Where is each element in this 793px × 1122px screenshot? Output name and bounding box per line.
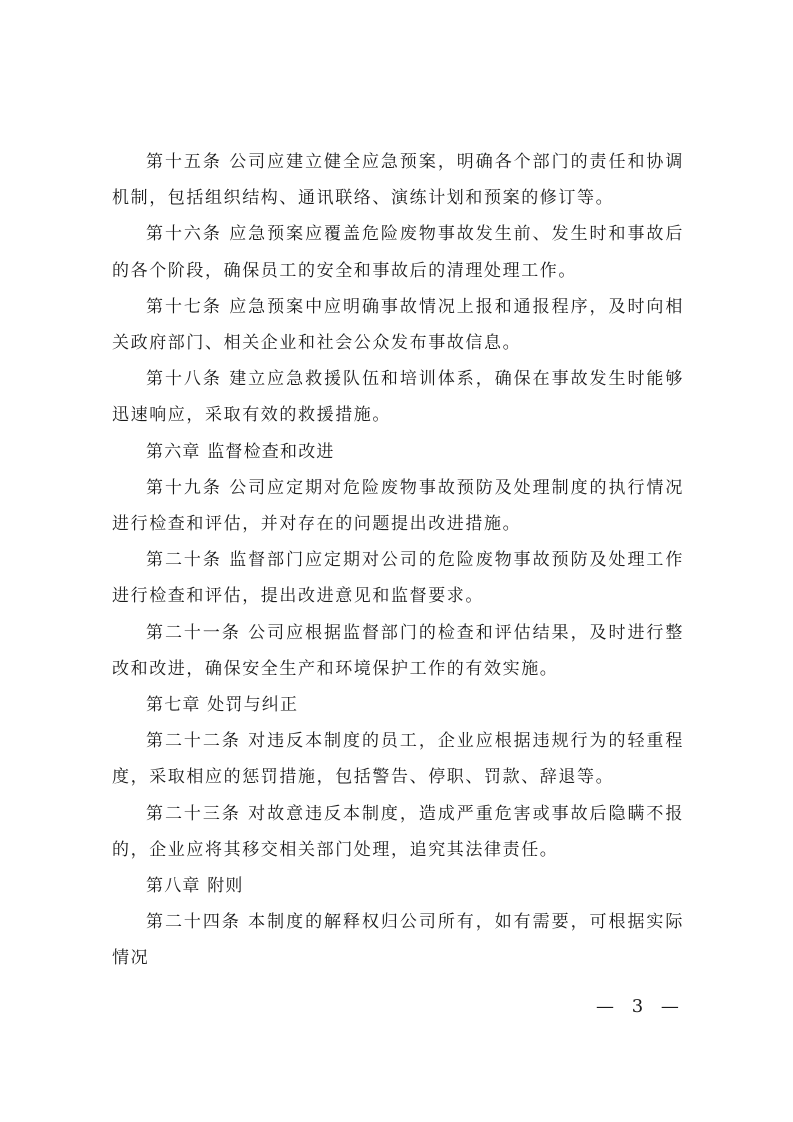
article-24: 第二十四条 本制度的解释权归公司所有，如有需要，可根据实际情况 <box>112 904 684 976</box>
document-body: 第十五条 公司应建立健全应急预案，明确各个部门的责任和协调机制，包括组织结构、通… <box>112 144 684 977</box>
chapter-8-heading: 第八章 附则 <box>112 868 684 904</box>
chapter-6-heading: 第六章 监督检查和改进 <box>112 434 684 470</box>
article-19: 第十九条 公司应定期对危险废物事故预防及处理制度的执行情况进行检查和评估，并对存… <box>112 470 684 542</box>
article-22: 第二十二条 对违反本制度的员工，企业应根据违规行为的轻重程度，采取相应的惩罚措施… <box>112 723 684 795</box>
article-18: 第十八条 建立应急救援队伍和培训体系，确保在事故发生时能够迅速响应，采取有效的救… <box>112 361 684 433</box>
article-23: 第二十三条 对故意违反本制度，造成严重危害或事故后隐瞒不报的，企业应将其移交相关… <box>112 796 684 868</box>
chapter-7-heading: 第七章 处罚与纠正 <box>112 687 684 723</box>
page-number: — 3 — <box>596 996 685 1017</box>
article-17: 第十七条 应急预案中应明确事故情况上报和通报程序，及时向相关政府部门、相关企业和… <box>112 289 684 361</box>
article-15: 第十五条 公司应建立健全应急预案，明确各个部门的责任和协调机制，包括组织结构、通… <box>112 144 684 216</box>
article-20: 第二十条 监督部门应定期对公司的危险废物事故预防及处理工作进行检查和评估，提出改… <box>112 542 684 614</box>
article-21: 第二十一条 公司应根据监督部门的检查和评估结果，及时进行整改和改进，确保安全生产… <box>112 615 684 687</box>
article-16: 第十六条 应急预案应覆盖危险废物事故发生前、发生时和事故后的各个阶段，确保员工的… <box>112 216 684 288</box>
